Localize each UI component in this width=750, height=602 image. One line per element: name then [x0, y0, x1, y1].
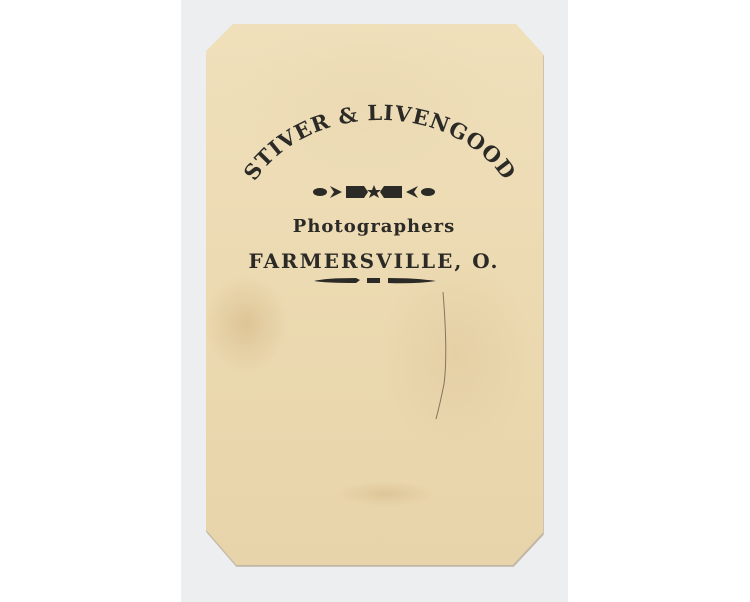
- crack-line: [206, 24, 543, 565]
- photograph-card-back: STIVER & LIVENGOOD Photographers FARMERS…: [206, 24, 543, 565]
